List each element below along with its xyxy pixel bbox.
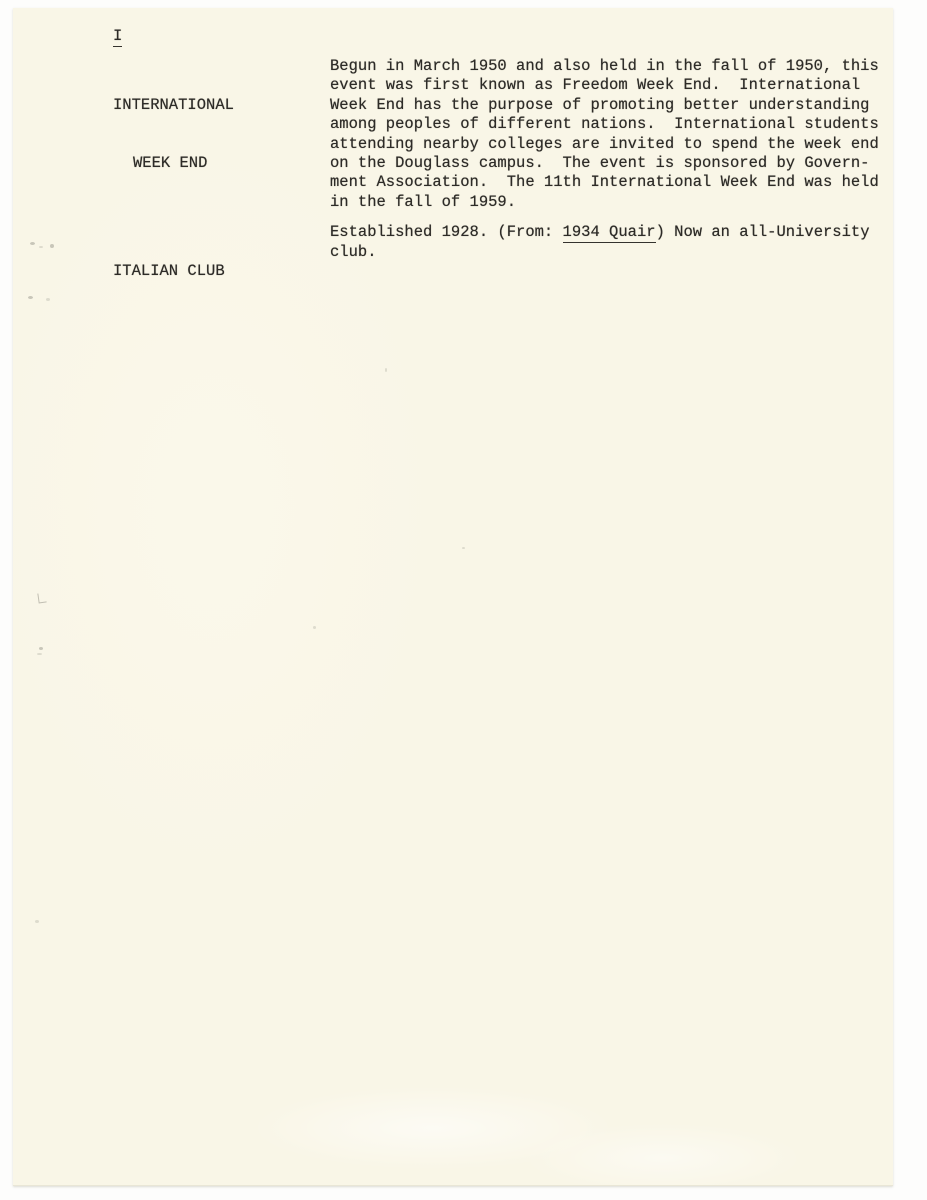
- pencil-mark: [37, 592, 46, 603]
- scan-speck: [313, 626, 316, 629]
- pencil-smudge: [39, 246, 43, 248]
- pencil-smudge: [50, 244, 54, 248]
- scan-background: I INTERNATIONAL WEEK END Begun in March …: [0, 0, 927, 1200]
- pencil-smudge: [37, 653, 42, 655]
- pencil-smudge: [39, 647, 43, 650]
- entry-definition: Established 1928. (From: 1934 Quair) Now…: [330, 223, 895, 263]
- pencil-smudge: [28, 296, 33, 299]
- glossary-entry-international-week-end: INTERNATIONAL WEEK END Begun in March 19…: [113, 57, 895, 212]
- pencil-smudge: [35, 920, 39, 923]
- entry-term: ITALIAN CLUB: [113, 223, 330, 320]
- glossary-entry-italian-club: ITALIAN CLUB Established 1928. (From: 19…: [113, 223, 895, 320]
- entry-term: INTERNATIONAL WEEK END: [113, 57, 330, 212]
- entry-definition: Begun in March 1950 and also held in the…: [330, 57, 895, 212]
- scanned-page: I INTERNATIONAL WEEK END Begun in March …: [13, 8, 893, 1186]
- citation-underlined: 1934 Quair: [563, 223, 656, 243]
- definition-text-pre: Established 1928. (From:: [330, 223, 563, 241]
- section-letter: I: [113, 27, 122, 47]
- term-line-2: WEEK END: [113, 154, 330, 173]
- term-line-1: ITALIAN CLUB: [113, 262, 330, 281]
- section-letter-text: I: [113, 27, 122, 47]
- term-line-1: INTERNATIONAL: [113, 96, 330, 115]
- pencil-smudge: [46, 298, 50, 301]
- scan-speck: [385, 368, 387, 372]
- pencil-smudge: [30, 242, 35, 245]
- scan-speck: [462, 547, 465, 549]
